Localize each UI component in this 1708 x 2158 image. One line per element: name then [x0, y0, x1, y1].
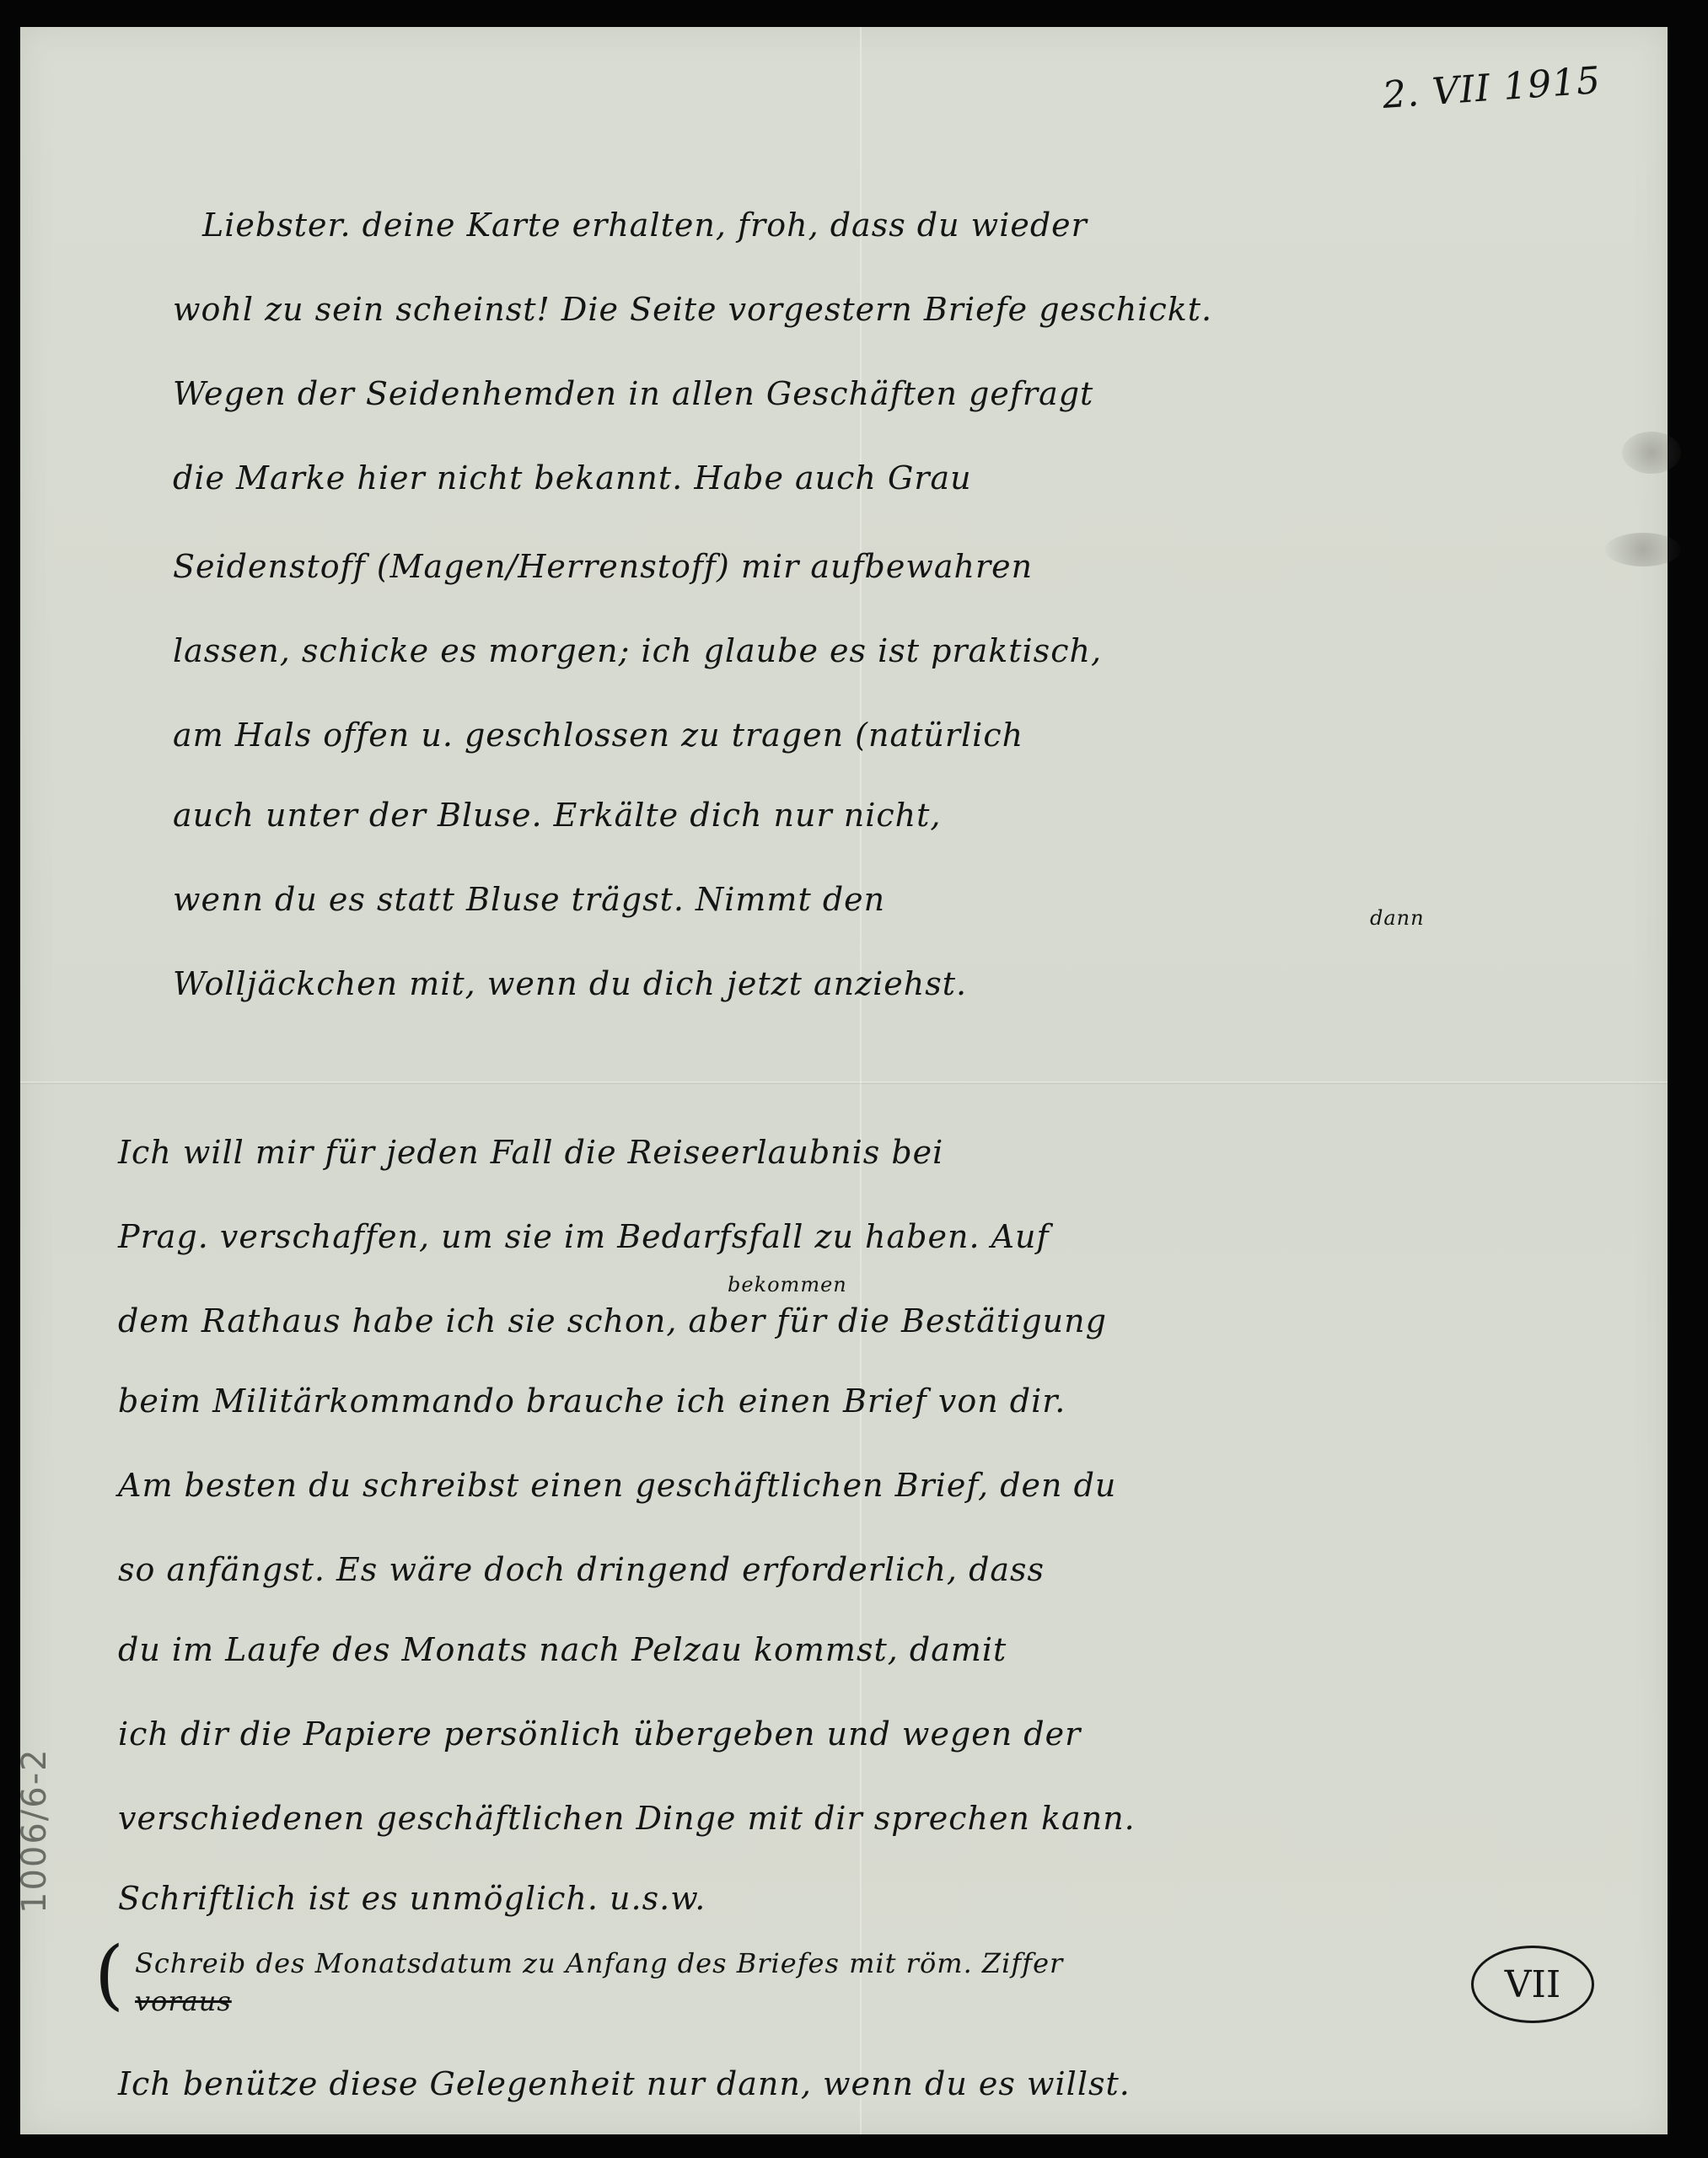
letter-line: Prag. verschaffen, um sie im Bedarfsfall…: [118, 1218, 1050, 1255]
interlinear-insertion: dann: [1370, 906, 1425, 930]
letter-line: am Hals offen u. geschlossen zu tragen (…: [173, 717, 1023, 754]
letter-line: Liebster. deine Karte erhalten, froh, da…: [202, 207, 1088, 244]
letter-line: Am besten du schreibst einen geschäftlic…: [118, 1467, 1116, 1504]
letter-line: Wegen der Seidenhemden in allen Geschäft…: [173, 375, 1093, 412]
letter-line: Schriftlich ist es unmöglich. u.s.w.: [118, 1880, 706, 1917]
letter-line: verschiedenen geschäftlichen Dinge mit d…: [118, 1800, 1136, 1837]
closing-line: Ich benütze diese Gelegenheit nur dann, …: [118, 2065, 1131, 2102]
annotation-struck-word: voraus: [135, 1985, 232, 2017]
annotation-line: Schreib des Monatsdatum zu Anfang des Br…: [135, 1947, 1063, 1979]
circled-month-numeral: VII: [1471, 1946, 1594, 2023]
letter-line: ich dir die Papiere persönlich übergeben…: [118, 1715, 1081, 1753]
letter-line: lassen, schicke es morgen; ich glaube es…: [173, 632, 1102, 669]
letter-line: wohl zu sein scheinst! Die Seite vorgest…: [173, 291, 1212, 328]
annotation-open-parenthesis: (: [94, 1930, 124, 2019]
letter-line: dem Rathaus habe ich sie schon, aber für…: [118, 1302, 1107, 1339]
roman-numeral: VII: [1505, 1963, 1561, 2006]
archive-reference-mark: 1006/6-2: [15, 1747, 54, 1914]
interlinear-insertion: bekommen: [728, 1273, 847, 1296]
ink-smudge: [1622, 432, 1681, 474]
ink-smudge: [1605, 533, 1681, 566]
letter-line: Wolljäckchen mit, wenn du dich jetzt anz…: [173, 965, 967, 1002]
horizontal-fold-crease: [20, 1082, 1668, 1084]
letter-line: du im Laufe des Monats nach Pelzau komms…: [118, 1631, 1007, 1668]
letter-line: beim Militärkommando brauche ich einen B…: [118, 1382, 1066, 1420]
letter-line: auch unter der Bluse. Erkälte dich nur n…: [173, 797, 942, 834]
letter-line: Ich will mir für jeden Fall die Reiseerl…: [118, 1134, 943, 1171]
letter-line: die Marke hier nicht bekannt. Habe auch …: [173, 459, 972, 497]
letter-line: Seidenstoff (Magen/Herrenstoff) mir aufb…: [173, 548, 1033, 585]
letter-line: wenn du es statt Bluse trägst. Nimmt den: [173, 881, 885, 918]
letter-line: so anfängst. Es wäre doch dringend erfor…: [118, 1551, 1045, 1588]
